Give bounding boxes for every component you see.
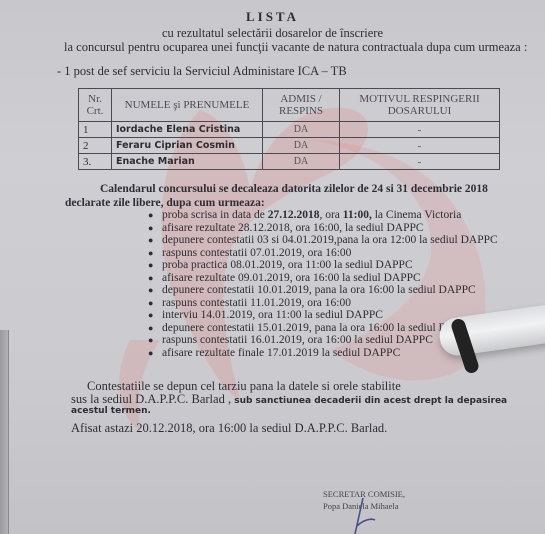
document-subtitle-2: la concursul pentru ocuparea unei funcţi…	[64, 40, 527, 55]
results-table: Nr. Crt. NUMELE şi PRENUMELE ADMIS / RES…	[78, 88, 500, 170]
bullet-icon: ●	[148, 209, 153, 222]
list-item: ●raspuns contestatii 11.01.2019, ora 16:…	[148, 297, 498, 310]
appeals-note-3: acestul termen.	[71, 406, 151, 416]
bullet-icon: ●	[148, 222, 153, 235]
list-item: ●depunere contestatii 10.01.2019, pana l…	[148, 284, 498, 297]
calendar-intro: Calendarul concursului se decaleaza dato…	[100, 183, 488, 195]
list-item: ● proba scrisa in data de 27.12.2018, or…	[148, 209, 498, 222]
row-status: DA	[263, 154, 340, 170]
bullet-icon: ●	[148, 309, 153, 322]
row-reason: -	[340, 154, 500, 170]
list-item: ●afisare rezultate 28.12.2018, ora 16:00…	[148, 222, 498, 235]
row-name: Iordache Elena Cristina	[112, 122, 263, 138]
table-row: 3. Enache Marian DA -	[79, 154, 500, 170]
list-item: ●interviu 14.01.2019, ora 11:00 la sediu…	[148, 309, 498, 322]
bullet-icon: ●	[148, 247, 153, 260]
row-name: Feraru Ciprian Cosmin	[112, 138, 263, 154]
header-status: ADMIS / RESPINS	[263, 89, 340, 122]
paper-edge	[0, 330, 9, 534]
row-status: DA	[263, 138, 340, 154]
row-nr: 3.	[79, 154, 112, 170]
row-reason: -	[340, 138, 500, 154]
table-header-row: Nr. Crt. NUMELE şi PRENUMELE ADMIS / RES…	[79, 89, 500, 122]
bullet-icon: ●	[148, 297, 153, 310]
row-reason: -	[340, 122, 500, 138]
row-nr: 2	[79, 138, 112, 154]
appeals-note-2: sus la sediul D.A.P.P.C. Barlad , sub sa…	[71, 392, 507, 407]
row-status: DA	[263, 122, 340, 138]
table-row: 2 Feraru Ciprian Cosmin DA -	[79, 138, 500, 154]
list-item: ●afisare rezultate 09.01.2019, ora 16:00…	[148, 272, 498, 285]
bullet-icon: ●	[148, 234, 153, 247]
posted-date-line: Afisat astazi 20.12.2018, ora 16:00 la s…	[71, 421, 387, 436]
calendar-intro-2: declarate zile libere, dupa cum urmeaza:	[65, 197, 265, 209]
row-nr: 1	[79, 122, 112, 138]
handwritten-signature-icon	[345, 498, 385, 534]
bullet-icon: ●	[148, 334, 153, 347]
document-title: LISTA	[0, 9, 545, 25]
header-name: NUMELE şi PRENUMELE	[112, 89, 263, 122]
bullet-icon: ●	[148, 284, 153, 297]
document-subtitle: cu rezultatul selectării dosarelor de în…	[0, 26, 545, 41]
position-line: - 1 post de sef serviciu la Serviciul Ad…	[57, 64, 347, 79]
bullet-icon: ●	[148, 259, 153, 272]
document-photo: LISTA cu rezultatul selectării dosarelor…	[0, 0, 545, 534]
bullet-icon: ●	[148, 347, 153, 360]
table-row: 1 Iordache Elena Cristina DA -	[79, 122, 500, 138]
bullet-icon: ●	[148, 322, 153, 335]
row-name: Enache Marian	[112, 154, 263, 170]
bullet-icon: ●	[148, 272, 153, 285]
list-item: ●proba practica 08.01.2019, ora 11:00 la…	[148, 259, 498, 272]
list-item: ●depunere contestatii 03 si 04.01.2019,p…	[148, 234, 498, 247]
header-reason: MOTIVUL RESPINGERII DOSARULUI	[340, 89, 500, 122]
list-item: ●raspuns contestatii 07.01.2019, ora 16:…	[148, 247, 498, 260]
header-nr: Nr. Crt.	[79, 89, 112, 122]
